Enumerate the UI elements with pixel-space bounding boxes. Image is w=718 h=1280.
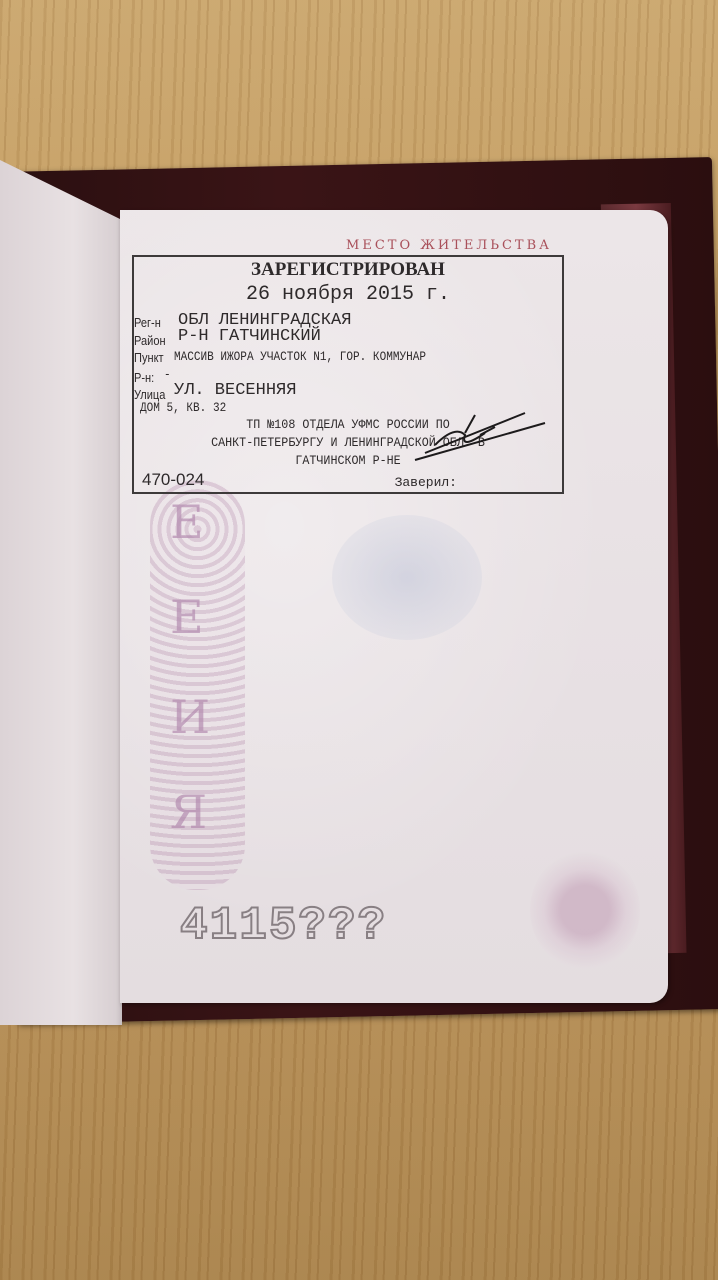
stamp-date: 26 ноября 2015 г. <box>134 283 562 306</box>
field-label-district: Район <box>134 333 166 348</box>
field-value-subdistrict: - <box>164 367 171 382</box>
perforated-serial-number: 4115??? <box>180 900 387 952</box>
field-value-district: Р-Н ГАТЧИНСКИЙ <box>178 327 321 346</box>
guilloche-letter: Е <box>170 590 204 644</box>
field-value-street: УЛ. ВЕСЕННЯЯ <box>174 381 296 400</box>
page-number-watermark <box>332 515 482 640</box>
field-value-house: ДОМ 5, КВ. 32 <box>140 400 226 415</box>
department-code: 470-024 <box>142 470 204 490</box>
right-page: Е Е И Я МЕСТО ЖИТЕЛЬСТВА ЗАРЕГИСТРИРОВАН… <box>120 210 668 1003</box>
perforated-digits: 4115??? <box>180 900 387 952</box>
signed-label: Заверил: <box>395 475 457 490</box>
field-value-locality: МАССИВ ИЖОРА УЧАСТОК N1, ГОР. КОММУНАР <box>174 349 426 364</box>
guilloche-letter: Е <box>170 495 204 549</box>
ornament-emblem <box>530 850 640 970</box>
field-label-subdistrict: Р-н: <box>134 370 154 385</box>
signature-icon <box>405 405 555 465</box>
guilloche-letter: Я <box>170 785 207 839</box>
left-page <box>0 160 122 1025</box>
field-label-region: Рег-н <box>134 315 161 330</box>
stamp-title: ЗАРЕГИСТРИРОВАН <box>134 259 562 281</box>
field-label-locality: Пункт <box>134 350 164 365</box>
guilloche-letter: И <box>170 690 210 744</box>
section-header: МЕСТО ЖИТЕЛЬСТВА <box>120 238 668 253</box>
